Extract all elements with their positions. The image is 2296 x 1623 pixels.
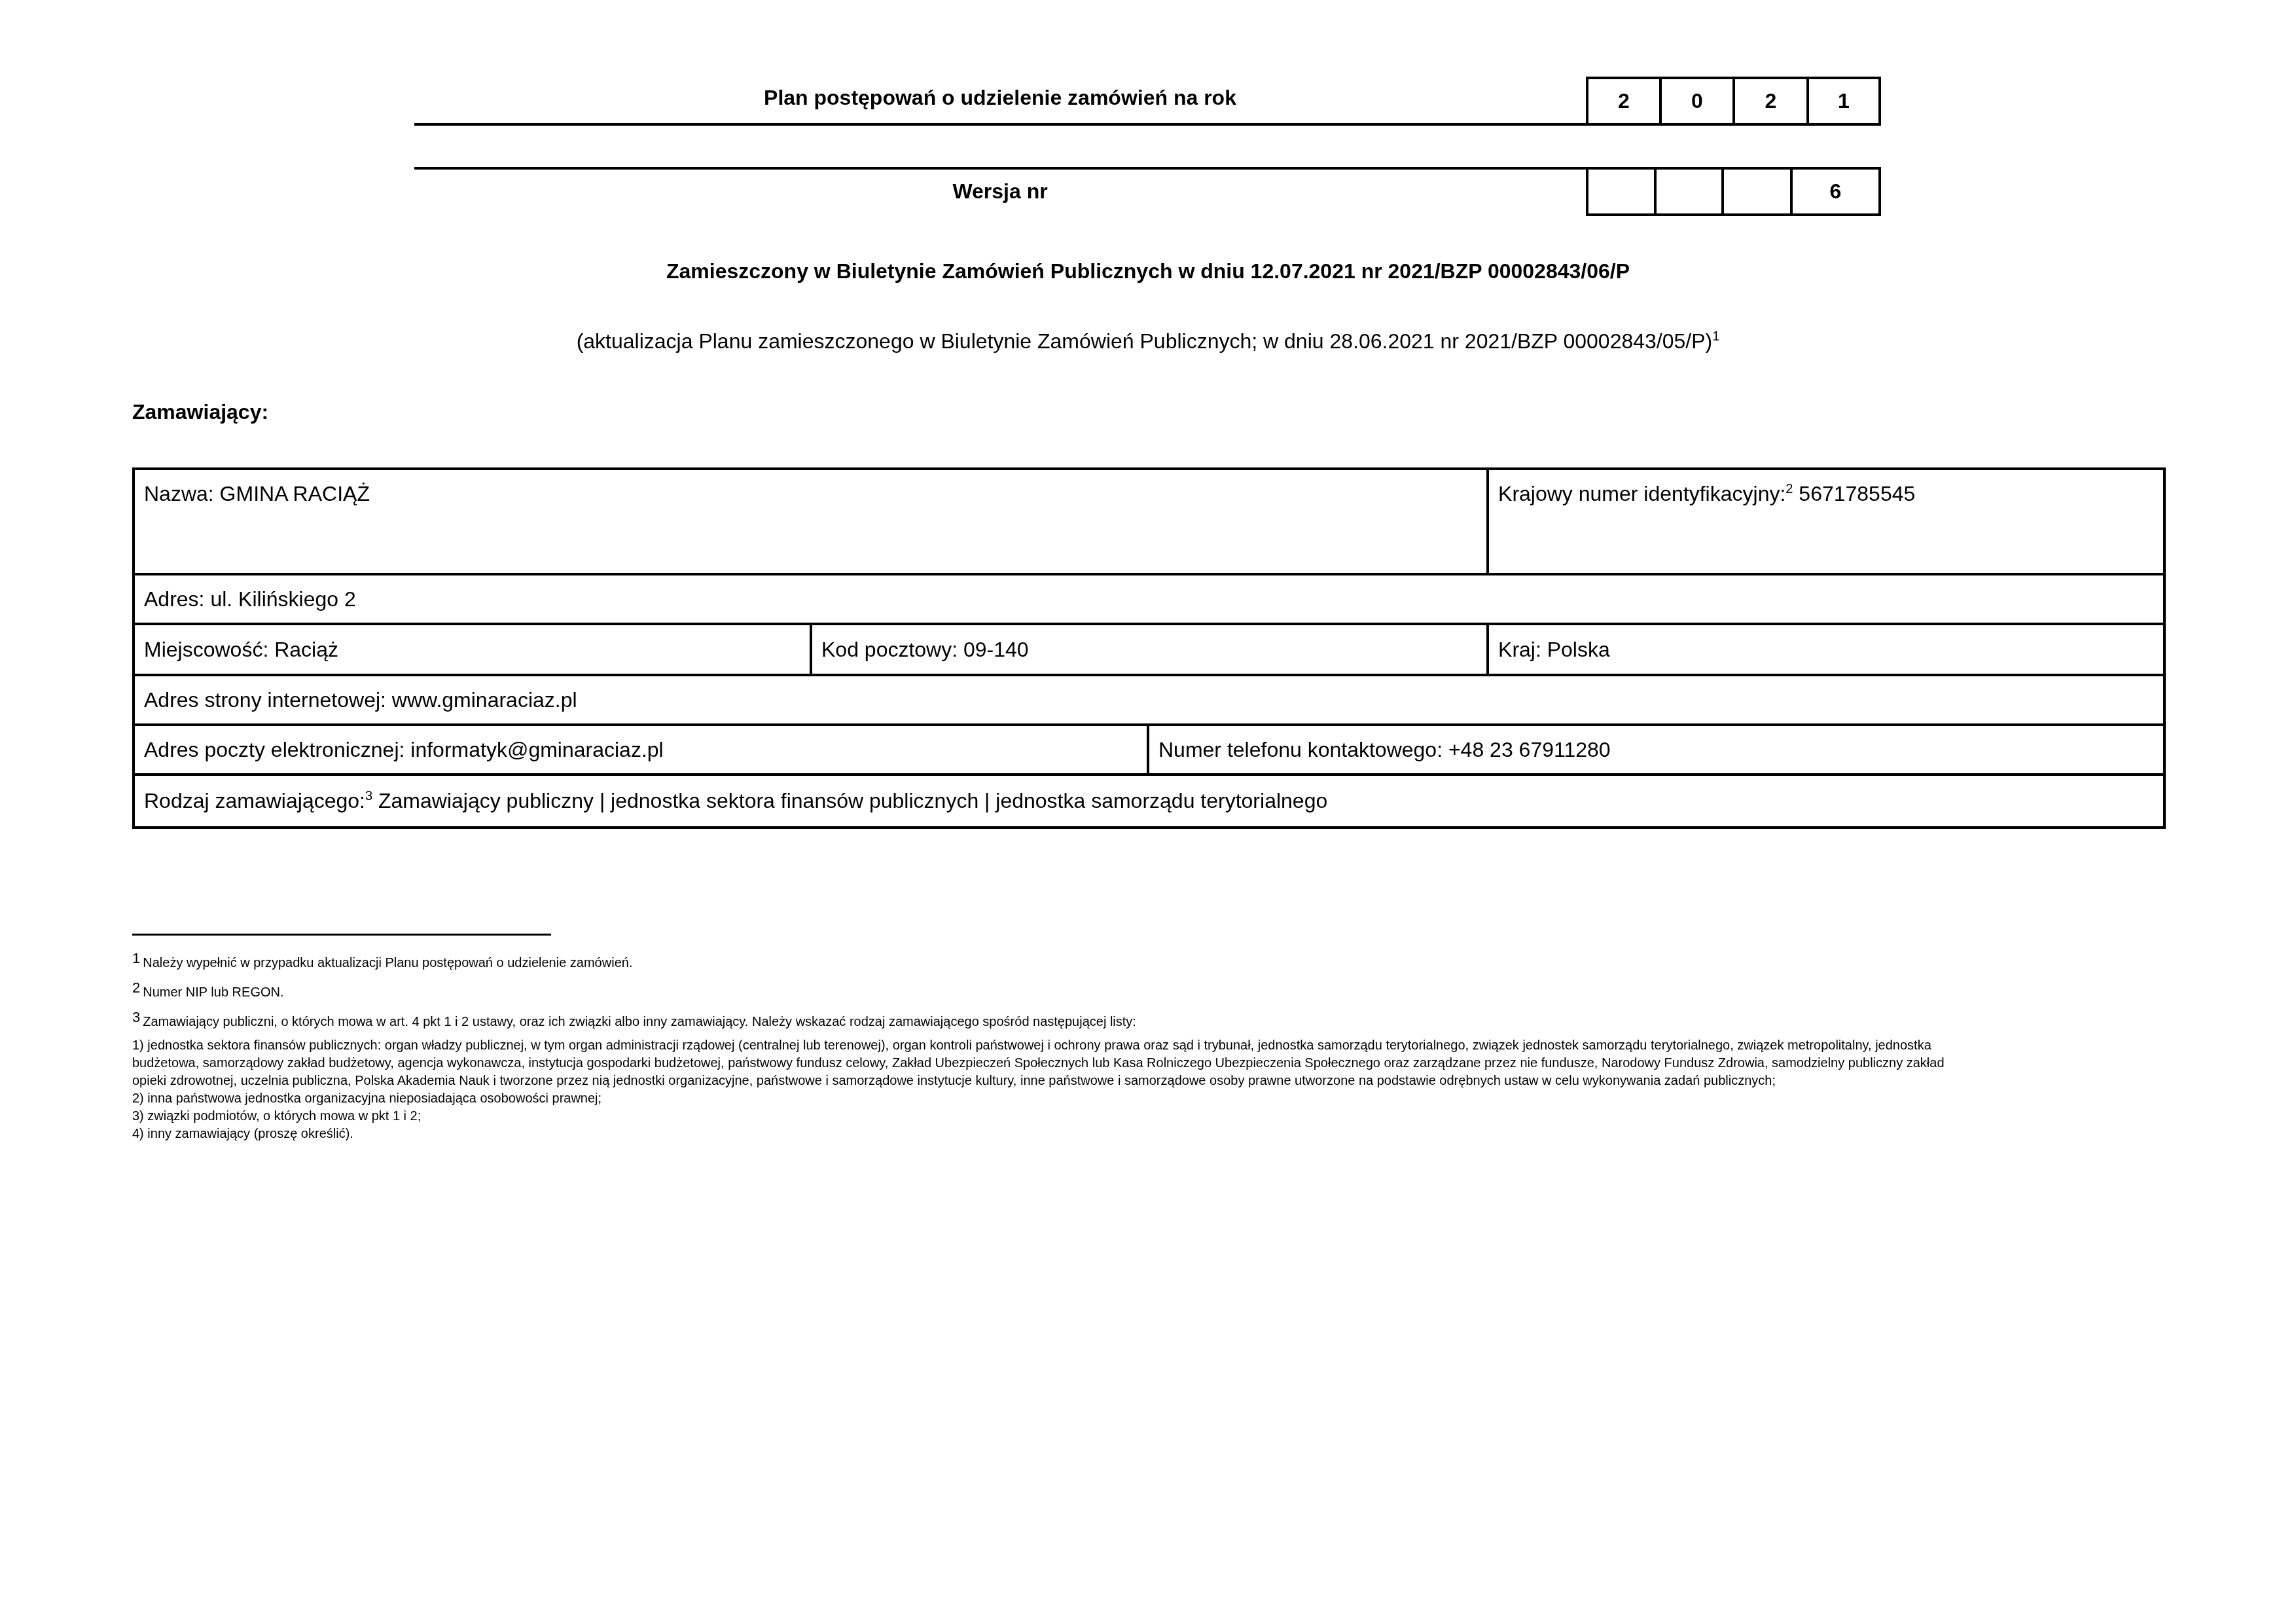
city-label: Miejscowość:	[144, 638, 268, 661]
version-digit	[1724, 170, 1793, 213]
email-label: Adres poczty elektronicznej:	[144, 738, 404, 761]
address-cell: Adres: ul. Kilińskiego 2	[134, 574, 2164, 624]
list-item: 3) związki podmiotów, o których mowa w p…	[132, 1108, 2168, 1125]
table-row: Rodzaj zamawiającego:3 Zamawiający publi…	[134, 775, 2164, 828]
national-id-label: Krajowy numer identyfikacyjny:	[1498, 482, 1785, 505]
footnote-number: 1	[132, 950, 140, 966]
footnote-number: 2	[132, 979, 140, 996]
plan-title: Plan postępowań o udzielenie zamówień na…	[414, 86, 1586, 110]
table-row: Adres poczty elektronicznej: informatyk@…	[134, 725, 2164, 775]
email-cell: Adres poczty elektronicznej: informatyk@…	[134, 725, 1148, 775]
footnotes: 1Należy wypełnić w przypadku aktualizacj…	[132, 949, 2168, 1144]
website-label: Adres strony internetowej:	[144, 688, 386, 712]
table-row: Adres: ul. Kilińskiego 2	[134, 574, 2164, 624]
national-id-cell: Krajowy numer identyfikacyjny:2 56717855…	[1488, 469, 2164, 574]
contracting-authority-table: Nazwa: GMINA RACIĄŻ Krajowy numer identy…	[132, 467, 2166, 829]
table-row: Adres strony internetowej: www.gminaraci…	[134, 675, 2164, 725]
footnote-text: Należy wypełnić w przypadku aktualizacji…	[143, 956, 632, 970]
footnote-ref-1: 1	[1712, 329, 1719, 344]
year-digit: 1	[1809, 79, 1878, 123]
authority-type-cell: Rodzaj zamawiającego:3 Zamawiający publi…	[134, 775, 2164, 828]
country-label: Kraj:	[1498, 638, 1541, 661]
version-overline	[414, 167, 1588, 170]
table-row: Nazwa: GMINA RACIĄŻ Krajowy numer identy…	[134, 469, 2164, 574]
table-row: Miejscowość: Raciąż Kod pocztowy: 09-140…	[134, 624, 2164, 675]
year-digit: 2	[1588, 79, 1662, 123]
address-label: Adres:	[144, 587, 204, 611]
email-value[interactable]: informatyk@gminaraciaz.pl	[410, 738, 663, 761]
footnote-number: 3	[132, 1009, 140, 1025]
phone-label: Numer telefonu kontaktowego:	[1158, 738, 1443, 761]
plan-title-underline	[414, 123, 1588, 126]
version-digit	[1657, 170, 1724, 213]
name-value: GMINA RACIĄŻ	[220, 482, 370, 505]
name-cell: Nazwa: GMINA RACIĄŻ	[134, 469, 1488, 574]
phone-cell: Numer telefonu kontaktowego: +48 23 6791…	[1148, 725, 2164, 775]
list-item: opieki zdrowotnej, uczelnia publiczna, P…	[132, 1073, 2168, 1089]
national-id-value: 5671785545	[1799, 482, 1915, 505]
footnote-3: 3Zamawiający publiczni, o których mowa w…	[132, 1008, 2168, 1030]
country-value: Polska	[1547, 638, 1610, 661]
authority-type-list: 1) jednostka sektora finansów publicznyc…	[132, 1038, 2168, 1142]
footnote-text: Zamawiający publiczni, o których mowa w …	[143, 1015, 1136, 1029]
list-item: 4) inny zamawiający (proszę określić).	[132, 1126, 2168, 1142]
postal-code-label: Kod pocztowy:	[821, 638, 958, 661]
phone-value: +48 23 67911280	[1448, 738, 1611, 761]
year-boxes: 2 0 2 1	[1586, 77, 1881, 126]
footnote-separator	[132, 934, 551, 936]
list-item: budżetowa, samorządowy zakład budżetowy,…	[132, 1055, 2168, 1072]
version-boxes: 6	[1586, 167, 1881, 216]
footnote-text: Numer NIP lub REGON.	[143, 985, 283, 1000]
contracting-authority-heading: Zamawiający:	[132, 400, 268, 424]
country-cell: Kraj: Polska	[1488, 624, 2164, 675]
footnote-2: 2Numer NIP lub REGON.	[132, 979, 2168, 1001]
address-value: ul. Kilińskiego 2	[210, 587, 355, 611]
list-item: 2) inna państwowa jednostka organizacyjn…	[132, 1091, 2168, 1107]
update-line: (aktualizacja Planu zamieszczonego w Biu…	[0, 329, 2296, 354]
version-digit	[1588, 170, 1657, 213]
version-digit: 6	[1793, 170, 1878, 213]
authority-type-value: Zamawiający publiczny | jednostka sektor…	[378, 789, 1327, 812]
published-line: Zamieszczony w Biuletynie Zamówień Publi…	[0, 259, 2296, 283]
website-value[interactable]: www.gminaraciaz.pl	[392, 688, 577, 712]
website-cell: Adres strony internetowej: www.gminaraci…	[134, 675, 2164, 725]
footnote-1: 1Należy wypełnić w przypadku aktualizacj…	[132, 949, 2168, 972]
year-digit: 2	[1735, 79, 1809, 123]
authority-type-label: Rodzaj zamawiającego:	[144, 789, 365, 812]
city-value: Raciąż	[274, 638, 338, 661]
name-label: Nazwa:	[144, 482, 214, 505]
update-line-text: (aktualizacja Planu zamieszczonego w Biu…	[577, 329, 1713, 353]
list-item: 1) jednostka sektora finansów publicznyc…	[132, 1038, 2168, 1054]
version-label: Wersja nr	[414, 179, 1586, 204]
footnote-ref-2: 2	[1785, 482, 1793, 496]
city-cell: Miejscowość: Raciąż	[134, 624, 811, 675]
postal-code-cell: Kod pocztowy: 09-140	[811, 624, 1488, 675]
year-digit: 0	[1662, 79, 1735, 123]
postal-code-value: 09-140	[963, 638, 1029, 661]
footnote-ref-3: 3	[365, 789, 372, 803]
